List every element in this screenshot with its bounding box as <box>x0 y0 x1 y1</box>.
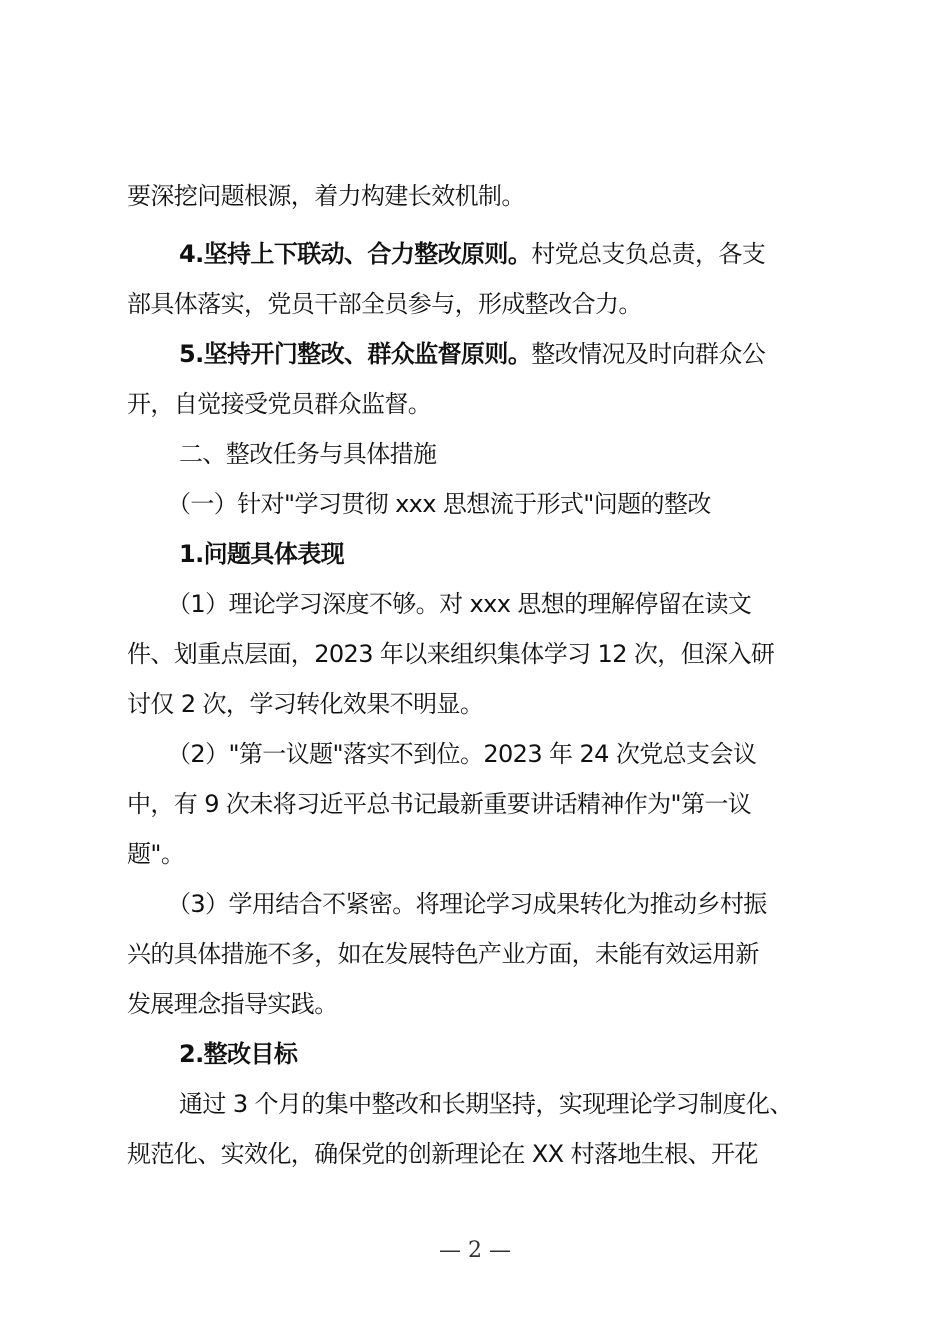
principle-5-heading: 5.坚持开门整改、群众监督原则。 <box>179 340 531 368</box>
paragraph-line: （2）"第一议题"落实不到位。2023 年 24 次党总支会议 <box>167 739 756 769</box>
item-heading-goals: 2.整改目标 <box>179 1039 297 1069</box>
paragraph-line: 中，有 9 次未将习近平总书记最新重要讲话精神作为"第一议 <box>127 789 751 819</box>
paragraph-line: 件、划重点层面，2023 年以来组织集体学习 12 次，但深入研 <box>127 639 774 669</box>
paragraph-line: （1）理论学习深度不够。对 xxx 思想的理解停留在读文 <box>167 589 751 619</box>
principle-4-text: 村党总支负总责，各支 <box>531 240 765 268</box>
paragraph-line: 发展理念指导实践。 <box>127 989 338 1019</box>
paragraph-line: 要深挖问题根源，着力构建长效机制。 <box>127 181 525 211</box>
item-heading-problems: 1.问题具体表现 <box>179 539 344 569</box>
paragraph-line: 题"。 <box>127 839 184 869</box>
paragraph-line: 开，自觉接受党员群众监督。 <box>127 389 431 419</box>
subsection-heading: （一）针对"学习贯彻 xxx 思想流于形式"问题的整改 <box>167 489 711 519</box>
principle-4: 4.坚持上下联动、合力整改原则。村党总支负总责，各支 <box>179 239 765 269</box>
paragraph-line: 讨仅 2 次，学习转化效果不明显。 <box>127 689 483 719</box>
paragraph-line: 部具体落实，党员干部全员参与，形成整改合力。 <box>127 289 642 319</box>
paragraph-line: 兴的具体措施不多，如在发展特色产业方面，未能有效运用新 <box>127 939 759 969</box>
principle-5: 5.坚持开门整改、群众监督原则。整改情况及时向群众公 <box>179 339 765 369</box>
paragraph-line: 通过 3 个月的集中整改和长期坚持，实现理论学习制度化、 <box>179 1089 793 1119</box>
principle-5-text: 整改情况及时向群众公 <box>531 340 765 368</box>
paragraph-line: 规范化、实效化，确保党的创新理论在 XX 村落地生根、开花 <box>127 1139 758 1169</box>
principle-4-heading: 4.坚持上下联动、合力整改原则。 <box>179 240 531 268</box>
paragraph-line: （3）学用结合不紧密。将理论学习成果转化为推动乡村振 <box>167 889 767 919</box>
section-heading: 二、整改任务与具体措施 <box>179 439 436 469</box>
page-number: — 2 — <box>0 1238 950 1263</box>
